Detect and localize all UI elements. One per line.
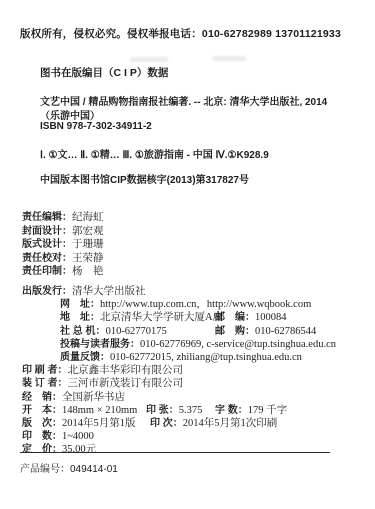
printer-value: 北京鑫丰华彩印有限公司 bbox=[68, 365, 184, 376]
product-number-row: 产品编号：049414-01 bbox=[20, 460, 118, 475]
publisher-label: 出版发行： bbox=[22, 286, 72, 297]
address-label: 地 址： bbox=[60, 312, 100, 323]
wordcount-value: 179 千字 bbox=[248, 405, 287, 416]
format-row: 开 本：148mm × 210mm 印 张：5.375 字 数：179 千字 bbox=[22, 404, 367, 417]
format-value: 148mm × 210mm bbox=[62, 405, 137, 416]
binder-label: 装 订 者： bbox=[22, 378, 68, 389]
mailorder-value: 010-62786544 bbox=[255, 326, 316, 337]
printer-label: 印 刷 者： bbox=[22, 365, 68, 376]
cip-classification-line: Ⅰ. ①文… Ⅱ. ①精… Ⅲ. ①旅游指南 - 中国 Ⅳ.①K928.9 bbox=[40, 146, 269, 161]
sheets-value: 5.375 bbox=[179, 405, 203, 416]
reader-service-row: 投稿与读者服务：010-62776969, c-service@tup.tsin… bbox=[22, 338, 367, 351]
wordcount-cell: 字 数：179 千字 bbox=[215, 404, 287, 417]
credit-row-print-supervisor: 责任印制：杨 艳 bbox=[22, 265, 104, 279]
cip-title-line: 文艺中国 / 精品购物指南报社编著. -- 北京: 清华大学出版社, 2014 bbox=[40, 93, 327, 108]
publisher-row: 出版发行：清华大学出版社 bbox=[22, 285, 367, 298]
publisher-value: 清华大学出版社 bbox=[72, 286, 146, 297]
credit-row-proofreader: 责任校对：王荣静 bbox=[22, 252, 104, 266]
publishing-info: 出版发行：清华大学出版社 网 址：http://www.tup.com.cn，h… bbox=[22, 285, 367, 456]
website-row: 网 址：http://www.tup.com.cn，http://www.wqb… bbox=[22, 298, 367, 311]
credit-label: 版式设计： bbox=[22, 239, 72, 250]
website-label: 网 址： bbox=[60, 299, 100, 310]
cip-heading: 图书在版编目（C I P）数据 bbox=[40, 65, 168, 80]
distributor-label: 经 销： bbox=[22, 392, 62, 403]
website-value: http://www.tup.com.cn，http://www.wqbook.… bbox=[100, 299, 311, 310]
printrun-value: 1~4000 bbox=[62, 431, 94, 442]
switchboard-row: 社 总 机：010-62770175 邮 购：010-62786544 bbox=[22, 325, 367, 338]
cip-series-line: （乐游中国） bbox=[40, 107, 100, 122]
binder-value: 三河市新茂装订有限公司 bbox=[68, 378, 184, 389]
faint-print-smudge bbox=[130, 57, 168, 62]
distributor-row: 经 销：全国新华书店 bbox=[22, 391, 367, 404]
distributor-value: 全国新华书店 bbox=[62, 392, 125, 403]
credit-value: 郭宏观 bbox=[72, 226, 104, 237]
separator-rule bbox=[20, 452, 330, 453]
credit-label: 封面设计： bbox=[22, 226, 72, 237]
credit-value: 于珊珊 bbox=[72, 239, 104, 250]
address-value: 北京清华大学学研大厦A座 bbox=[100, 312, 223, 323]
postcode-label: 邮 编： bbox=[215, 312, 255, 323]
copyright-page: 版权所有，侵权必究。侵权举报电话：010-62782989 1370112193… bbox=[0, 0, 375, 509]
quality-feedback-label: 质量反馈： bbox=[60, 352, 110, 363]
reader-service-label: 投稿与读者服务： bbox=[60, 339, 140, 350]
wordcount-label: 字 数： bbox=[215, 405, 248, 416]
credit-label: 责任印制： bbox=[22, 266, 72, 277]
cip-isbn-line: ISBN 978-7-302-34911-2 bbox=[40, 121, 152, 132]
format-label: 开 本： bbox=[22, 405, 62, 416]
faint-print-smudge bbox=[212, 56, 246, 61]
product-number-label: 产品编号： bbox=[20, 464, 70, 475]
binder-row: 装 订 者：三河市新茂装订有限公司 bbox=[22, 377, 367, 390]
credit-label: 责任编辑： bbox=[22, 212, 72, 223]
quality-feedback-value: 010-62772015, zhiliang@tup.tsinghua.edu.… bbox=[110, 352, 302, 363]
switchboard-label: 社 总 机： bbox=[60, 326, 106, 337]
postcode-cell: 邮 编：100084 bbox=[215, 311, 287, 324]
sheets-cell: 印 张：5.375 bbox=[146, 404, 202, 417]
price-label: 定 价： bbox=[22, 444, 62, 455]
postcode-value: 100084 bbox=[255, 312, 287, 323]
credit-value: 杨 艳 bbox=[72, 266, 104, 277]
reader-service-value: 010-62776969, c-service@tup.tsinghua.edu… bbox=[140, 339, 336, 350]
credit-row-cover-design: 封面设计：郭宏观 bbox=[22, 225, 104, 239]
price-value: 35.00元 bbox=[62, 444, 96, 455]
credit-label: 责任校对： bbox=[22, 253, 72, 264]
edition-row: 版 次：2014年5月第1版 印 次：2014年5月第1次印刷 bbox=[22, 417, 367, 430]
switchboard-value: 010-62770175 bbox=[106, 326, 167, 337]
printrun-row: 印 数：1~4000 bbox=[22, 430, 367, 443]
impression-value: 2014年5月第1次印刷 bbox=[183, 418, 278, 429]
mailorder-label: 邮 购： bbox=[215, 326, 255, 337]
price-row: 定 价：35.00元 bbox=[22, 443, 367, 456]
impression-label: 印 次： bbox=[150, 418, 183, 429]
credit-value: 王荣静 bbox=[72, 253, 104, 264]
edition-value: 2014年5月第1版 bbox=[62, 418, 136, 429]
address-row: 地 址：北京清华大学学研大厦A座 邮 编：100084 bbox=[22, 311, 367, 324]
impression-cell: 印 次：2014年5月第1次印刷 bbox=[150, 417, 277, 430]
credit-value: 纪海虹 bbox=[72, 212, 104, 223]
sheets-label: 印 张： bbox=[146, 405, 179, 416]
quality-feedback-row: 质量反馈：010-62772015, zhiliang@tup.tsinghua… bbox=[22, 351, 367, 364]
copyright-notice: 版权所有，侵权必究。侵权举报电话：010-62782989 1370112193… bbox=[20, 26, 341, 41]
credit-row-editor: 责任编辑：纪海虹 bbox=[22, 211, 104, 225]
printrun-label: 印 数： bbox=[22, 431, 62, 442]
cip-registry-line: 中国版本图书馆CIP数据核字(2013)第317827号 bbox=[40, 171, 249, 186]
staff-credits: 责任编辑：纪海虹 封面设计：郭宏观 版式设计：于珊珊 责任校对：王荣静 责任印制… bbox=[22, 211, 104, 279]
printer-row: 印 刷 者：北京鑫丰华彩印有限公司 bbox=[22, 364, 367, 377]
product-number-value: 049414-01 bbox=[70, 464, 118, 475]
credit-row-layout-design: 版式设计：于珊珊 bbox=[22, 238, 104, 252]
mailorder-cell: 邮 购：010-62786544 bbox=[215, 325, 316, 338]
edition-label: 版 次： bbox=[22, 418, 62, 429]
